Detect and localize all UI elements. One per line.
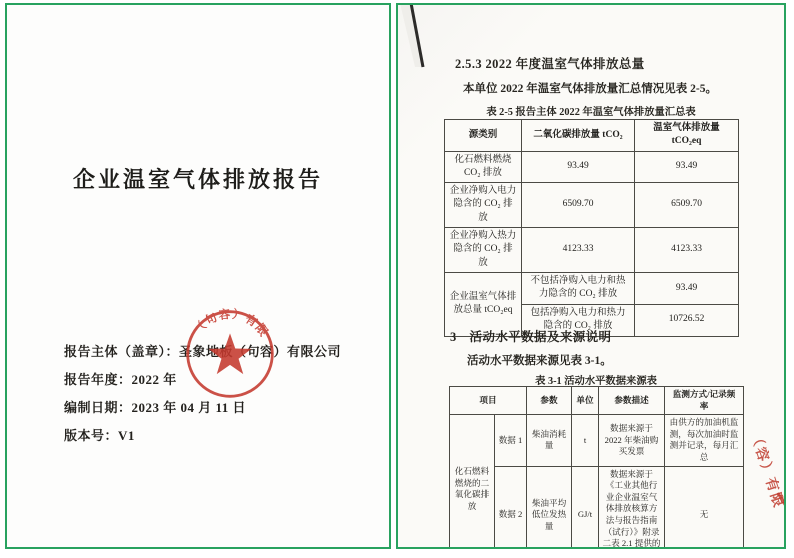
section-2-5-3-heading: 2.5.3 2022 年度温室气体排放总量 — [455, 54, 645, 72]
emission-row-label: 企业净购入热力隐含的 CO₂ 排放 — [445, 228, 522, 273]
table-row: 化石燃料燃烧 CO₂ 排放 93.49 93.49 — [445, 151, 739, 183]
parameter-unit: t — [572, 415, 599, 466]
emission-co2-value: 4123.33 — [522, 228, 635, 273]
col-header-source-category: 源类别 — [445, 120, 522, 152]
report-content-page: 2.5.3 2022 年度温室气体排放总量 本单位 2022 年温室气体排放量汇… — [396, 3, 786, 549]
table-2-5-caption: 表 2-5 报告主体 2022 年温室气体排放量汇总表 — [438, 103, 744, 118]
monitoring-desc: 由供方的加油机监测，每次加油时监测并记录，每月汇总 — [665, 415, 744, 466]
table-row: 企业温室气体排放总量 tCO₂eq 不包括净购入电力和热力隐含的 CO₂ 排放 … — [445, 272, 739, 304]
activity-item-label: 化石燃料燃烧的二氧化碳排放 — [450, 415, 495, 549]
data-index-label: 数据 1 — [495, 415, 527, 466]
total-scope-desc: 不包括净购入电力和热力隐含的 CO₂ 排放 — [522, 272, 635, 304]
emissions-summary-table: 源类别 二氧化碳排放量 tCO₂ 温室气体排放量 tCO₂eq 化石燃料燃烧 C… — [444, 119, 739, 337]
section-2-5-3-paragraph: 本单位 2022 年温室气体排放量汇总情况见表 2-5。 — [463, 80, 717, 96]
parameter-desc: 数据来源于 2022 年柴油购买发票 — [599, 415, 665, 466]
emission-ghg-value: 4123.33 — [635, 228, 739, 273]
col-header-co2-amount: 二氧化碳排放量 tCO₂ — [522, 120, 635, 152]
col-header-item: 项目 — [450, 387, 527, 415]
col-header-ghg-amount: 温室气体排放量 tCO₂eq — [635, 120, 739, 152]
emission-ghg-value: 6509.70 — [635, 183, 739, 228]
page-corner-fold — [400, 3, 432, 69]
emission-ghg-value: 93.49 — [635, 151, 739, 183]
parameter-name: 柴油平均低位发热量 — [527, 466, 572, 549]
total-scope-value: 10726.52 — [635, 304, 739, 336]
company-seal-stamp: （句容）有限 — [183, 307, 277, 401]
report-title: 企业温室气体排放报告 — [7, 163, 389, 194]
col-header-monitoring: 监测方式/记录频率 — [665, 387, 744, 415]
activity-data-source-table: 项目 参数 单位 参数描述 监测方式/记录频率 化石燃料燃烧的二氧化碳排放 数据… — [449, 386, 744, 549]
table-row: 企业净购入热力隐含的 CO₂ 排放 4123.33 4123.33 — [445, 228, 739, 273]
table-3-1-caption: 表 3-1 活动水平数据来源表 — [449, 372, 743, 387]
parameter-desc: 数据来源于《工业其他行业企业温室气体排放核算方法与报告指南（试行）》附录二表 2… — [599, 466, 665, 549]
total-scope-value: 93.49 — [635, 272, 739, 304]
monitoring-desc: 无 — [665, 466, 744, 549]
emission-row-label: 企业净购入电力隐含的 CO₂ 排放 — [445, 183, 522, 228]
emission-co2-value: 6509.70 — [522, 183, 635, 228]
report-version-line: 版本号：V1 — [64, 425, 341, 444]
table-row: 企业净购入电力隐含的 CO₂ 排放 6509.70 6509.70 — [445, 183, 739, 228]
section-3-heading: 3 活动水平数据及来源说明 — [450, 327, 611, 345]
col-header-parameter-desc: 参数描述 — [599, 387, 665, 415]
table-row: 化石燃料燃烧的二氧化碳排放 数据 1 柴油消耗量 t 数据来源于 2022 年柴… — [450, 415, 744, 466]
data-index-label: 数据 2 — [495, 466, 527, 549]
table-row: 数据 2 柴油平均低位发热量 GJ/t 数据来源于《工业其他行业企业温室气体排放… — [450, 466, 744, 549]
section-3-paragraph: 活动水平数据来源见表 3-1。 — [467, 352, 612, 368]
emission-row-label: 化石燃料燃烧 CO₂ 排放 — [445, 151, 522, 183]
col-header-unit: 单位 — [572, 387, 599, 415]
seal-star-icon — [209, 333, 252, 374]
emission-co2-value: 93.49 — [522, 151, 635, 183]
col-header-parameter: 参数 — [527, 387, 572, 415]
report-cover-page: 企业温室气体排放报告 报告主体（盖章）：圣象地板（句容）有限公司 报告年度：20… — [5, 3, 391, 549]
parameter-name: 柴油消耗量 — [527, 415, 572, 466]
parameter-unit: GJ/t — [572, 466, 599, 549]
